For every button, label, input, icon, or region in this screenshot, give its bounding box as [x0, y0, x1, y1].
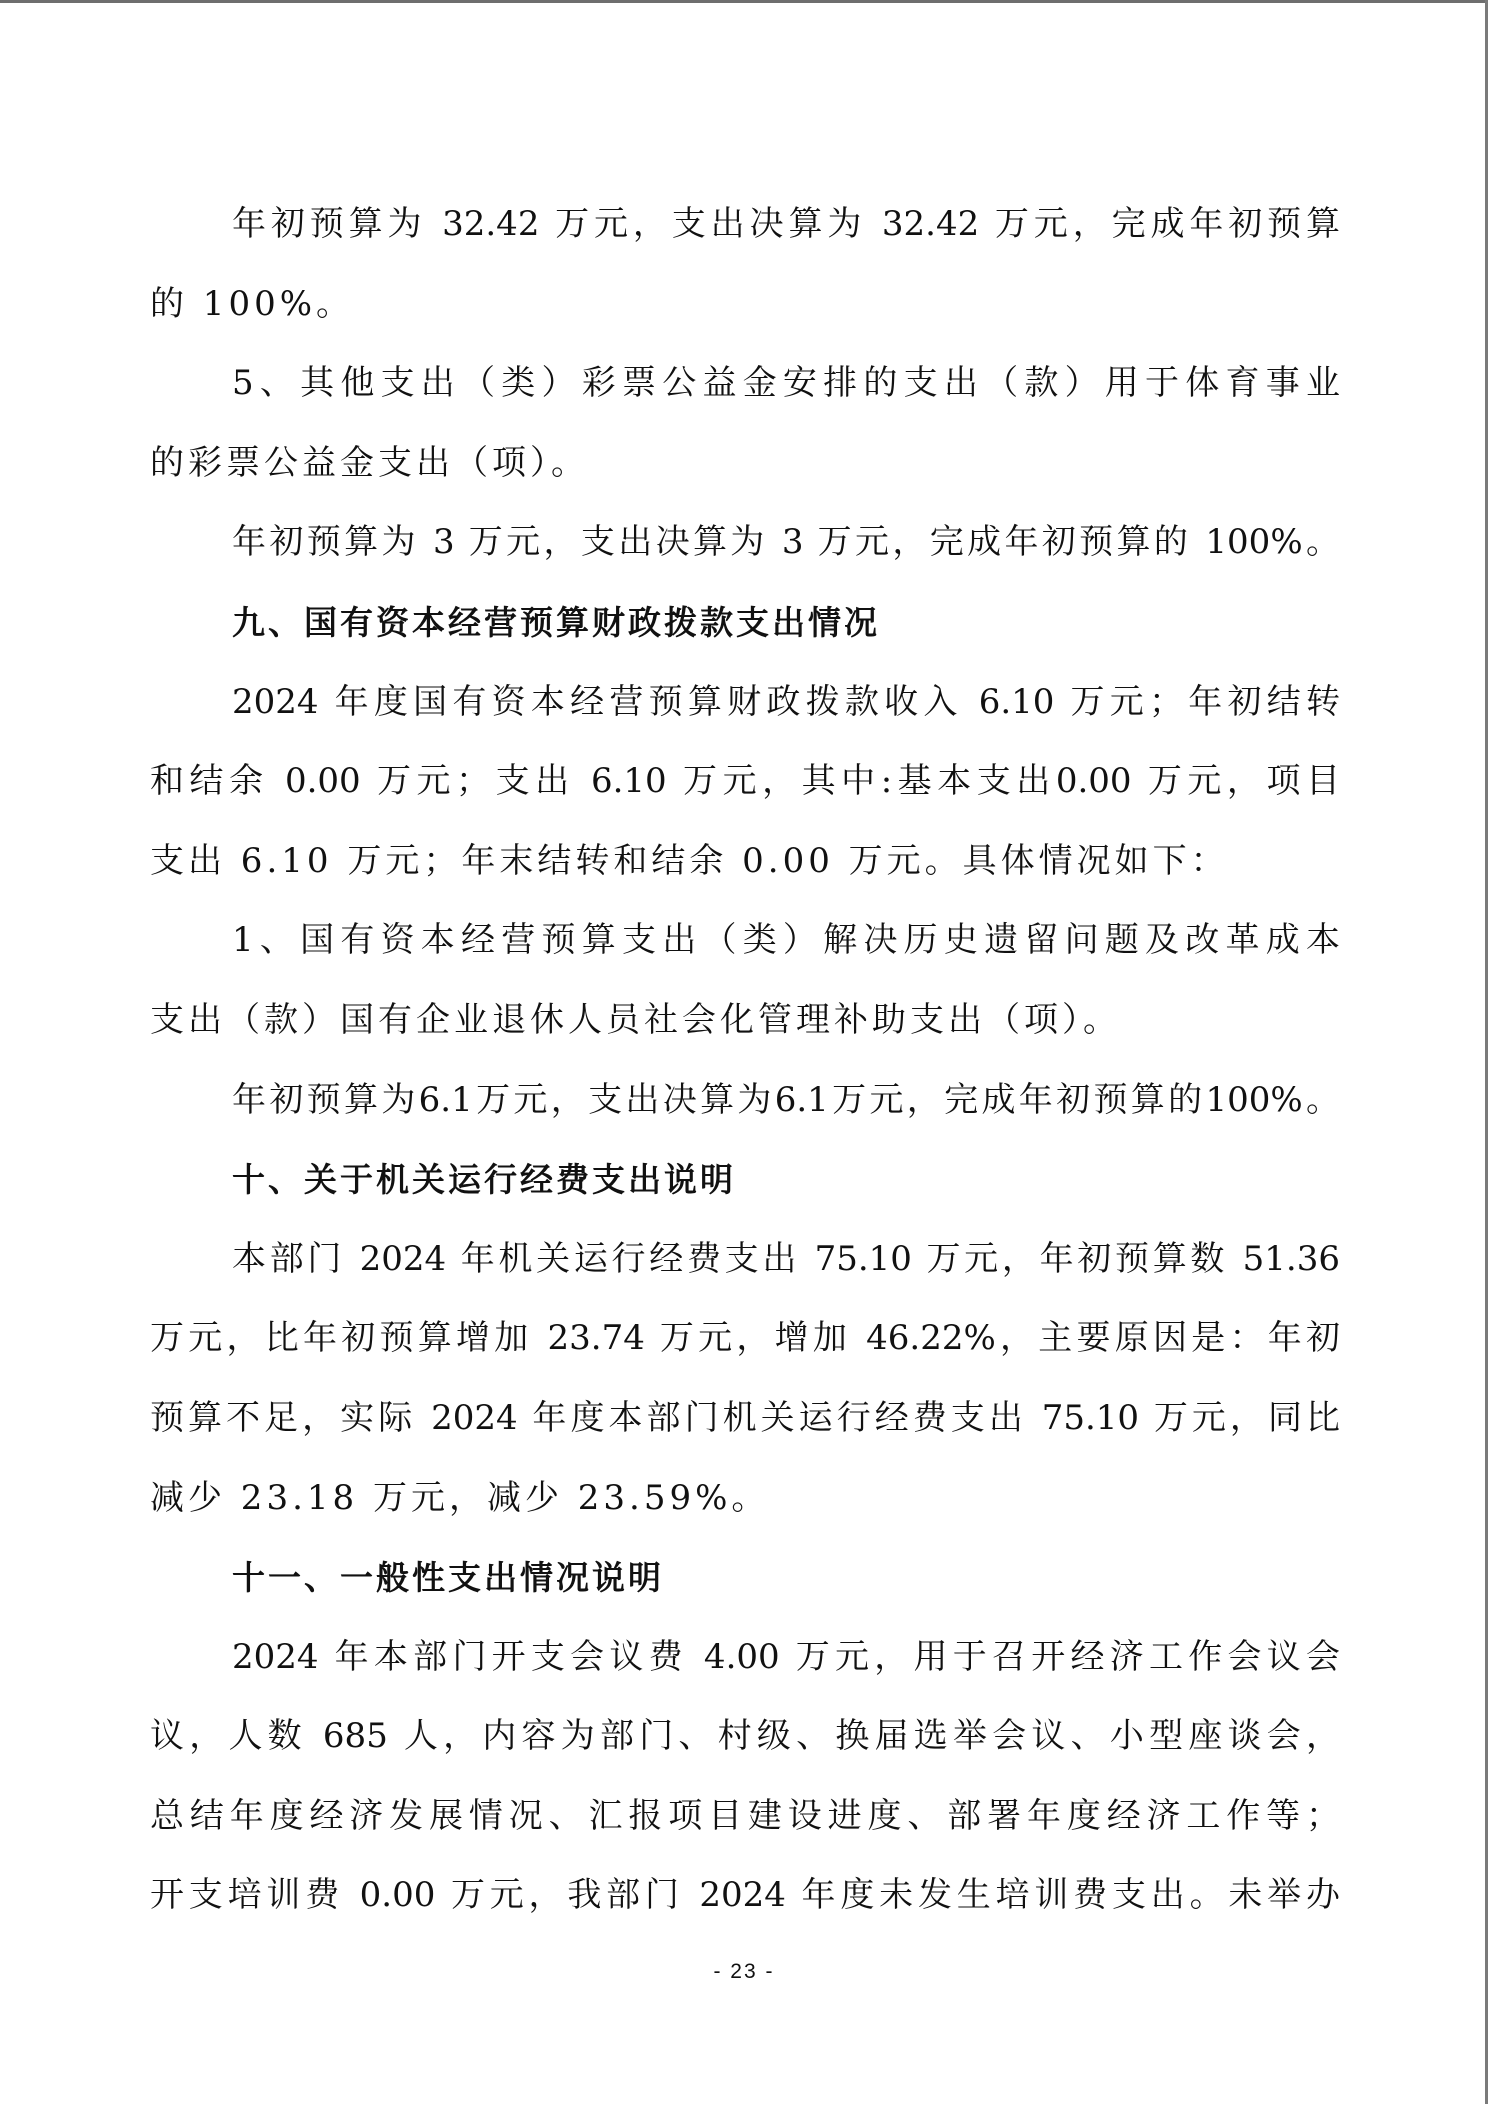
paragraph-line: 减少 23.18 万元，减少 23.59%。	[150, 1459, 1340, 1539]
page-number: - 23 -	[0, 1957, 1488, 1987]
section-heading-9: 九、国有资本经营预算财政拨款支出情况	[150, 583, 1340, 663]
paragraph-line: 1、国有资本经营预算支出（类）解决历史遗留问题及改革成本	[150, 901, 1340, 981]
section-heading-11: 十一、一般性支出情况说明	[150, 1538, 1340, 1618]
paragraph-line: 和结余 0.00 万元；支出 6.10 万元，其中:基本支出0.00 万元，项目	[150, 742, 1340, 822]
paragraph-line: 支出（款）国有企业退休人员社会化管理补助支出（项）。	[150, 981, 1340, 1061]
paragraph-line: 开支培训费 0.00 万元，我部门 2024 年度未发生培训费支出。未举办	[150, 1856, 1340, 1936]
paragraph-line: 万元，比年初预算增加 23.74 万元，增加 46.22%，主要原因是：年初	[150, 1299, 1340, 1379]
paragraph-line: 5、其他支出（类）彩票公益金安排的支出（款）用于体育事业	[150, 344, 1340, 424]
paragraph-line: 年初预算为 32.42 万元，支出决算为 32.42 万元，完成年初预算	[150, 185, 1340, 265]
paragraph-line: 的 100%。	[150, 265, 1340, 345]
paragraph-line: 2024 年度国有资本经营预算财政拨款收入 6.10 万元；年初结转	[150, 663, 1340, 743]
document-page-body: 年初预算为 32.42 万元，支出决算为 32.42 万元，完成年初预算 的 1…	[150, 185, 1340, 1936]
paragraph-line: 本部门 2024 年机关运行经费支出 75.10 万元，年初预算数 51.36	[150, 1220, 1340, 1300]
paragraph-line: 年初预算为 3 万元，支出决算为 3 万元，完成年初预算的 100%。	[150, 503, 1340, 583]
paragraph-line: 支出 6.10 万元；年末结转和结余 0.00 万元。具体情况如下：	[150, 822, 1340, 902]
section-heading-10: 十、关于机关运行经费支出说明	[150, 1140, 1340, 1220]
paragraph-line: 总结年度经济发展情况、汇报项目建设进度、部署年度经济工作等；	[150, 1777, 1340, 1857]
paragraph-line: 预算不足，实际 2024 年度本部门机关运行经费支出 75.10 万元，同比	[150, 1379, 1340, 1459]
page-top-border	[0, 0, 1488, 3]
paragraph-line: 议，人数 685 人，内容为部门、村级、换届选举会议、小型座谈会，	[150, 1697, 1340, 1777]
paragraph-line: 年初预算为6.1万元，支出决算为6.1万元，完成年初预算的100%。	[150, 1061, 1340, 1141]
paragraph-line: 的彩票公益金支出（项）。	[150, 424, 1340, 504]
paragraph-line: 2024 年本部门开支会议费 4.00 万元，用于召开经济工作会议会	[150, 1618, 1340, 1698]
